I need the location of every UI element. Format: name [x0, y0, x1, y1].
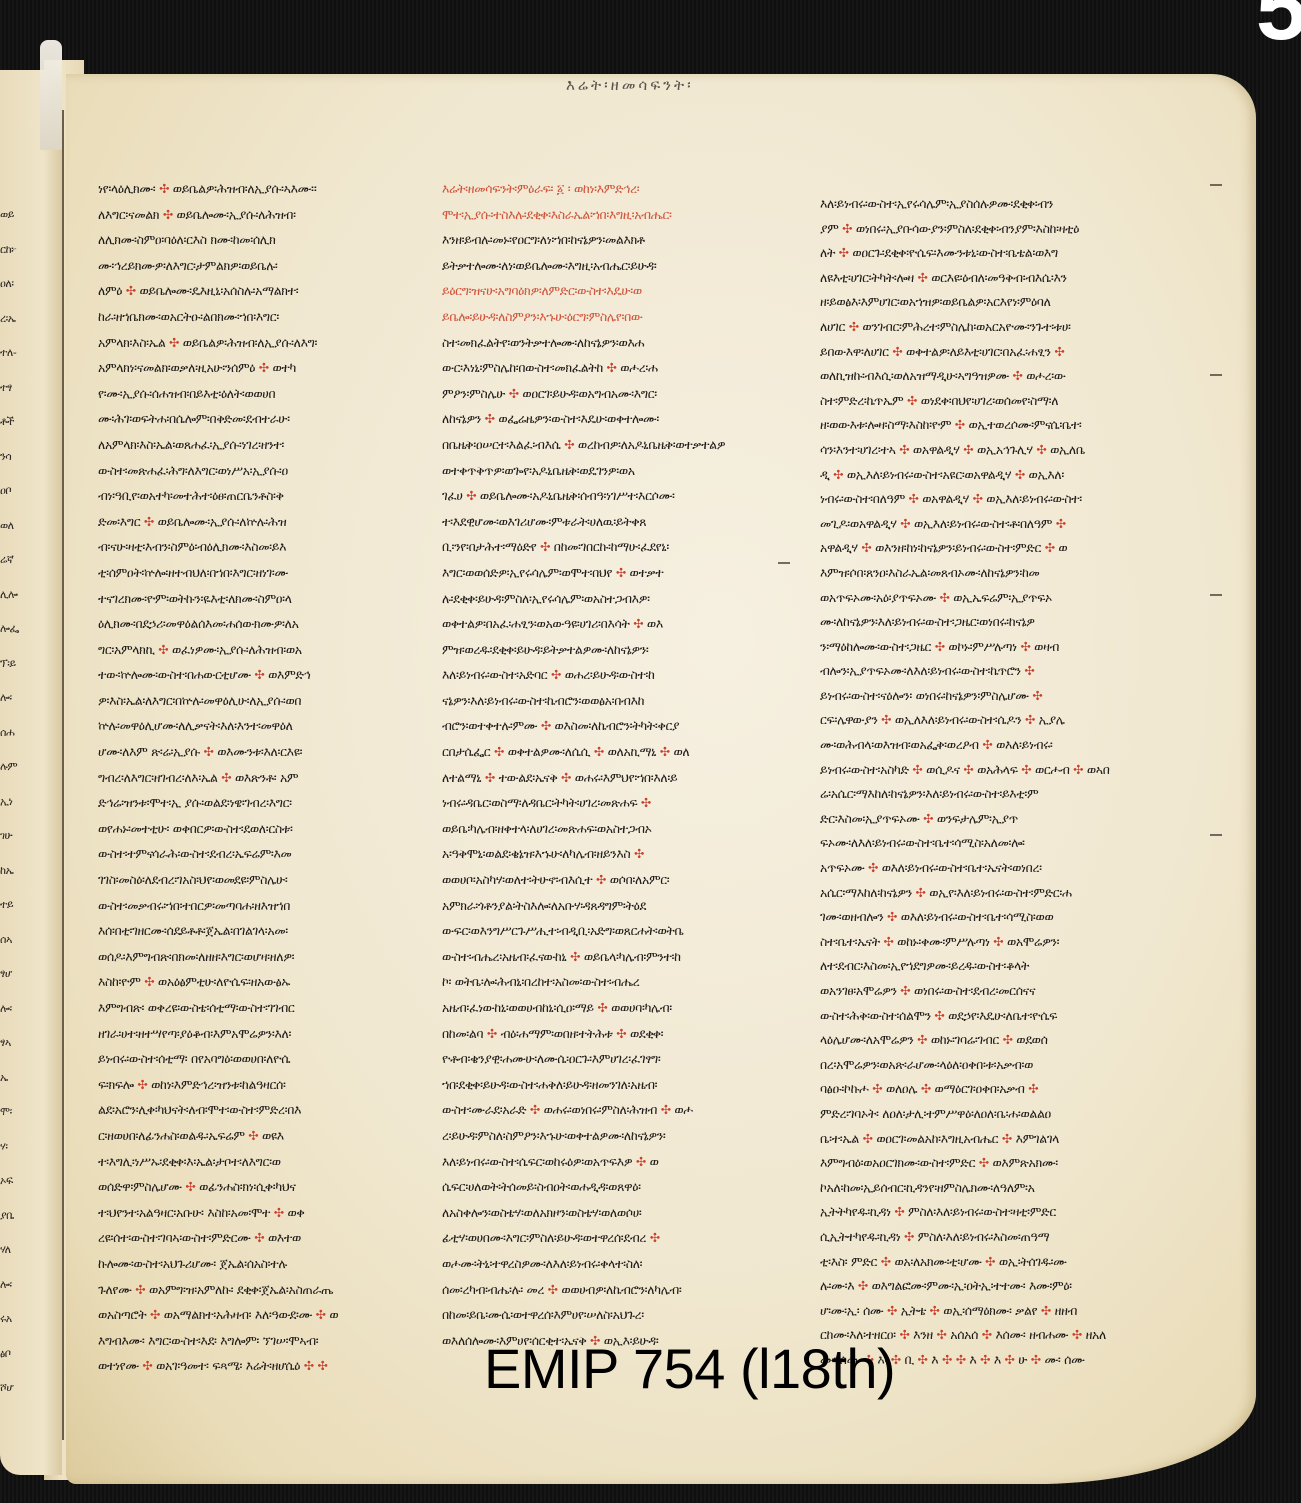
section-marker: ✣ [1025, 712, 1035, 727]
previous-page-text-fragment: ተለ- [0, 346, 16, 360]
section-marker: ✣ [907, 393, 917, 408]
section-marker: ✣ [982, 1327, 992, 1342]
manuscript-line: ገገስ፡መስዕ፡ለደብረ፡ገአስ፡ህየ፡ወመደዩ፡ምስሌሁ፡ [98, 867, 428, 893]
manuscript-line: እግር፡ወወሰድዎ፡ኢየሩሳሌም፡ወሞተ፡በህየ ✣ ወተቃተ [442, 560, 782, 586]
manuscript-line: ዘ፡ወውእቱ፡ሎዛ፡ስማ፡እስከ፡ዮም ✣ ወኢተወረሶሙ፡ምናሴ፡ቤተ፡ [820, 413, 1160, 438]
previous-page-text-fragment: ሾሆ [0, 1381, 13, 1395]
manuscript-line: ይትቃተሎሙ፡ለነ፡ወይቤሎሙ፡እግዚ፡አብሔር፡ይሁዳ፡ [442, 253, 782, 279]
manuscript-line: ወተነየሙ ✣ ወአገ፡ዓመተ፡ ፍጻሜ፡ እሬት፡ዘሆሴዕ ✣ ✣ [98, 1353, 428, 1379]
margin-mark [1210, 594, 1222, 596]
section-marker: ✣ [887, 909, 897, 924]
manuscript-line: ለሀገር ✣ ወንገብር፡ምሕረተ፡ምስሌከ፡ወአርአዮሙ፡ንጉተ፡ቱሀ፡ [820, 315, 1160, 340]
manuscript-line: ውስተ፡ሕቅ፡ውስተ፡ሰልሞን ✣ ወደኃየ፡እዴሁ፡ለቤተ፡ዮሴፍ [820, 1004, 1160, 1029]
manuscript-line: ፍኦሙ፡ለእለ፡ይነብሩ፡ውስተ፡ቤተ፡ሳሚስ፡አለመ፡ሎ፡ [820, 831, 1160, 856]
previous-page-text-fragment: ገሁ [0, 829, 12, 843]
manuscript-line: ውፍር፡ወእንግሥርጉሥሒተ፡ብዲቢ፡አድግ፡ወጸርሐት፡ወትቤ [442, 918, 782, 944]
section-marker: ✣ [650, 1230, 660, 1245]
manuscript-line: ዘገራ፡ሀተ፡ዘተሣየጣ፡ያዕቆብ፡እምአሞሬዎን፡እለ፡ [98, 1021, 428, 1047]
section-marker: ✣ [979, 1155, 989, 1170]
manuscript-line: ወሰዶ፡እምግብጽ፡በክመ፡ለዘዘ፡እግር፡ወሆዛ፡ዘለዎ፡ [98, 944, 428, 970]
section-marker: ✣ [185, 1179, 195, 1194]
text-column-3: እለ፡ይነብሩ፡ውስተ፡ኢየሩሳሌም፡ኢያስሰሉዎሙ፡ደቂቀ፡ብንያም ✣ ወነ… [820, 192, 1160, 1373]
manuscript-line: ወአንገፀ፡አሞሬዎን ✣ ወነበሩ፡ውስተ፡ደብረ፡መርሰናና [820, 979, 1160, 1004]
section-marker: ✣ [304, 1358, 314, 1373]
section-marker: ✣ [839, 245, 849, 260]
previous-page-text-fragment: ረ፡ኤ [0, 312, 16, 326]
manuscript-line: ቢ፡ንየ፡በታሕተ፡ማዕድየ ✣ በከመ፡ገበርኩ፡ከማሁ፡ፈደየኒ፡ [442, 534, 782, 560]
manuscript-line: ረዩ፡ሰተ፡ውስተ፡ገባኣ፡ውስተ፡ምድርሙ ✣ ወእተወ [98, 1225, 428, 1251]
previous-page-text-fragment: ርከ፦ [0, 243, 16, 257]
manuscript-line: ሳን፡እንተ፡ሀገረ፡ተኣ ✣ ወአዋልዲሃ ✣ ወኢአኅጉሊሃ ✣ ወኢለቤ [820, 438, 1160, 463]
manuscript-line: አ፡ዓቅሞኒ፡ወልደ፡ቄኔዝ፡እኁሁ፡ለካሌብ፡ዘይንእስ ✣ [442, 841, 782, 867]
section-marker: ✣ [485, 770, 495, 785]
manuscript-line: ለዩእቲ፡ሀገር፡ትካት፡ሎዛ ✣ ወርእዩ፡ዕብለ፡መዓቅብ፡ብእሴ፡እን [820, 266, 1160, 291]
manuscript-line: ለአስቀሎን፡ወስቴሃ፡ወለአክዞን፡ወስቴሃ፡ወለወሶሀ፡ [442, 1200, 782, 1226]
section-marker: ✣ [881, 712, 891, 727]
section-marker: ✣ [158, 642, 168, 657]
manuscript-line: ብሮን፡ወተቀተሉ፡ምሙ ✣ ወእስመ፡ለኬብሮን፡ትካት፡ቀርያ [442, 713, 782, 739]
section-marker: ✣ [908, 491, 918, 506]
manuscript-line: ወይቤ፡ካሌብ፡ዘቀተላ፡ለሀገረ፡መጽሐፍ፡ወአስተጋብኦ [442, 816, 782, 842]
manuscript-line: ሉ፡ሙ፡እ ✣ ወእግልፎሙ፡ምሙ፡ኢ፡ዐትኢ፡ተተሙ፡ እሙ፡ምዕ፡ [820, 1274, 1160, 1299]
manuscript-line: ሙ፡ሕገ፡ወፍትሐ፡በሴሎም፡በቅድመ፡ደብተራሁ፡ [98, 406, 428, 432]
manuscript-line: ለከናኔዎን ✣ ወፌሬዜዎን፡ውስተ፡እዴሁ፡ወቀተሎሙ፡ [442, 406, 782, 432]
previous-page-text-fragment: ሃ፡ [0, 1140, 8, 1154]
manuscript-line: ኮ፡ ወትቤ፡ሎ፡ሕብኒ፡በረከተ፡አስመ፡ውስተ፡ብሔረ [442, 969, 782, 995]
manuscript-line: ን፡ማዕከሎሙ፡ውስተ፡ጋዜር ✣ ወኮኑ፡ምሥሉጣነ ✣ ወዛብ [820, 635, 1160, 660]
section-marker: ✣ [150, 1307, 160, 1322]
section-marker: ✣ [540, 539, 550, 554]
section-marker: ✣ [887, 1303, 897, 1318]
section-marker: ✣ [634, 846, 644, 861]
section-marker: ✣ [1045, 540, 1055, 555]
manuscript-line: ድኅሬ፡ዝንቱ፡ሞተ፡ኢ ያሱ፡ወልደ፡ነዌ፡ገብረ፡እግር፡ [98, 790, 428, 816]
section-marker: ✣ [144, 974, 154, 989]
manuscript-line: ር፡ዘወሀበ፡ለፊንሐስ፡ወልዱ፡ኤፍሬም ✣ ወዩእ [98, 1123, 428, 1149]
section-marker: ✣ [509, 386, 519, 401]
section-marker: ✣ [274, 1205, 284, 1220]
section-marker: ✣ [930, 1303, 940, 1318]
manuscript-line: ይነብሩ፡ውስተ፡ሰቲማ፡ በየአባግዕ፡ወወሀበ፡ለዮሴ [98, 1046, 428, 1072]
manuscript-line: አምላክ፡እስ፡ኤል ✣ ወይቤልዎ፡ሕዝብ፡ለኢያሱ፡ለእግ፡ [98, 330, 428, 356]
previous-page-text-fragment: ሎፌ [0, 622, 19, 636]
manuscript-line: አዋልዲሃ ✣ ወእንዘ፡ከነ፡ከናኔዎን፡ይነብሩ፡ውስተ፡ምድር ✣ ወ [820, 536, 1160, 561]
manuscript-line: ሰመ፡ረካብ፡ብሔ፡ሉ፡ መረ ✣ ወወሀብዎ፡ለኬብሮን፡ለካሌብ፡ [442, 1277, 782, 1303]
manuscript-line: ወየሐኑ፡መተቲሁ፡ ወቀበርዎ፡ውስተ፡ደወለ፡ርስቱ፡ [98, 816, 428, 842]
section-marker: ✣ [917, 1032, 927, 1047]
manuscript-line: አሴር፡ማእከለ፡ከናኔዎን ✣ ወኢየ፡እለ፡ይነብሩ፡ውስተ፡ምድር፡ሐ [820, 881, 1160, 906]
manuscript-line: እንዘ፡ይብሉ፡መኑ፡የዐርግ፡ለነ፡ኀበ፡ከናኔዎን፡መልእክቶ [442, 227, 782, 253]
manuscript-line: ስተ፡ቤተ፡ኤናት ✣ ወከኑ፡ቀሙ፡ምሥሉጣነ ✣ ወአሞሬዎን፡ [820, 930, 1160, 955]
manuscript-line: ዎ፡እስ፡ኤል፡ለእግር፡በኵሉ፡መዋዕሊሁ፡ለኢያሱ፡ወበ [98, 688, 428, 714]
section-marker: ✣ [1032, 688, 1042, 703]
manuscript-line: ናኔዎን፡እለ፡ይነብሩ፡ውስተ፡ኬብሮን፡ወወፅአ፡በብእከ [442, 688, 782, 714]
section-marker: ✣ [259, 360, 269, 375]
section-marker: ✣ [204, 744, 214, 759]
section-marker: ✣ [541, 718, 551, 733]
section-marker: ✣ [221, 770, 231, 785]
section-marker: ✣ [254, 667, 264, 682]
section-marker: ✣ [900, 983, 910, 998]
section-marker: ✣ [955, 417, 965, 432]
section-marker: ✣ [126, 283, 136, 298]
section-marker: ✣ [842, 221, 852, 236]
section-marker: ✣ [940, 590, 950, 605]
section-marker: ✣ [317, 1358, 327, 1373]
manuscript-line: ከራ፡ዘኀቤክሙ፡ወአርትዑ፡ልበክሙ፡ኀበ፡እግር፡ [98, 304, 428, 330]
section-marker: ✣ [163, 207, 173, 222]
section-marker: ✣ [594, 744, 604, 759]
manuscript-line: ፊቲሃ፡ወሀበሙ፡እግር፡ምስለ፡ይሁዳ፡ወተዋረሰ፡ደብረ ✣ [442, 1225, 782, 1251]
previous-page-text-fragment: ቶች [0, 415, 14, 429]
previous-page-text-fragment: ሰኣ [0, 933, 12, 947]
manuscript-line: ልደ፡አሮን፡ሊቀ፡ካህናት፡ለብ፡ሞተ፡ውስተ፡ምድረ፡በእ [98, 1097, 428, 1123]
manuscript-line: ተ፡እደዊሆሙ፡ወእገሪሆሙ፡ምቱራት፡ሀለዉ፡ይትቀጸ [442, 509, 782, 535]
manuscript-line: ቤ፡ተ፡ኤል ✣ ወዐርገ፡መልአከ፡እግዚአብሔር ✣ እምገልገላ [820, 1127, 1160, 1152]
manuscript-line: በከመ፡ይቤ፡ሙሴ፡ወተዋረሰ፡እምሀየ፡ሠለስ፡አህጉረ፡ [442, 1302, 782, 1328]
previous-page-text-fragment: ሎ፡ [0, 1002, 12, 1016]
running-head: እሬት፡ዘመሳፍንት፡ [566, 76, 694, 94]
manuscript-line: ሉ፡ደቂቀ፡ይሁዳ፡ምስለ፡ኢየሩሳሌም፡ወአስተጋብእዎ፡ [442, 586, 782, 612]
section-marker: ✣ [1024, 663, 1034, 678]
section-marker: ✣ [1056, 516, 1066, 531]
section-marker: ✣ [963, 762, 973, 777]
manuscript-line: ለት ✣ ወዐርጉ፡ደቂቀ፡ዮሴፍ፡እሙንቱኒ፡ውስተ፡ቤቴል፡ወእግ [820, 241, 1160, 266]
manuscript-line: ውስተ፡መጽሐፈ፡ሕግ፡ለእግር፡ወነሥአ፡ኢያሱ፡ዐ [98, 458, 428, 484]
manuscript-line: ሙ፡ለከናኔዎን፡እለ፡ይነብሩ፡ውስተ፡ጋዜር፡ወነበሩ፡ከናኔዎ [820, 610, 1160, 635]
manuscript-line: ሴፍር፡ሀለወት፡ትሰመይ፡ስብዐት፡ወሐዲዳ፡ወጸዋዕ፡ [442, 1174, 782, 1200]
manuscript-line: ለእግር፡ናመልክ ✣ ወይቤሎሙ፡ኢያሱ፡ለሕዝብ፡ [98, 202, 428, 228]
section-marker: ✣ [1012, 368, 1022, 383]
section-marker: ✣ [142, 1358, 152, 1373]
section-marker: ✣ [980, 1352, 990, 1367]
section-marker: ✣ [883, 934, 893, 949]
manuscript-line: ውስተ፡ተምናሳራሕ፡ውስተ፡ደብረ፡ኤፍሬም፡እመ [98, 841, 428, 867]
previous-page-text-fragment: ተይ [0, 898, 13, 912]
margin-mark [1210, 184, 1222, 186]
section-marker: ✣ [661, 1102, 671, 1117]
previous-page-text-fragment: ሞ፡ [0, 1105, 12, 1119]
section-marker: ✣ [1031, 1352, 1041, 1367]
section-marker: ✣ [494, 744, 504, 759]
previous-page-text-fragment: ሉም [0, 760, 17, 774]
section-marker: ✣ [861, 540, 871, 555]
plate-number: 5 [1256, 0, 1301, 54]
section-marker: ✣ [1073, 762, 1083, 777]
section-marker: ✣ [316, 1307, 326, 1322]
section-marker: ✣ [466, 488, 476, 503]
manuscript-line: እስከ፡ዮም ✣ ወአዕፅምቲሁ፡ለዮሴፍ፡ዘአውፅኡ [98, 969, 428, 995]
manuscript-line: ርፍ፡ሌዋውያን ✣ ወኢለእለ፡ይነብሩ፡ውስተ፡ሴዶን ✣ ኢያሌ [820, 708, 1160, 733]
manuscript-line: ተ፡ህየንተ፡አልዓዛር፡አቡሁ፡ እስከ፡አመ፡ሞተ ✣ ወቀ [98, 1200, 428, 1226]
section-marker: ✣ [616, 565, 626, 580]
manuscript-line: ለአምላክ፡እስ፡ኤል፡ወጸሐፈ፡ኢያሱ፡ነገረ፡ዘንተ፡ [98, 432, 428, 458]
manuscript-caption: EMIP 754 (l18th) [484, 1336, 895, 1401]
manuscript-line: ኢትትካየዱ፡ኪዳነ ✣ ምስለ፡እለ፡ይነብሩ፡ውስተ፡ዛቲ፡ምድር [820, 1200, 1160, 1225]
section-marker: ✣ [993, 934, 1003, 949]
section-marker: ✣ [858, 1278, 868, 1293]
manuscript-line: ወተቀጥቅጥዎ፡ወጐየ፡አዶኒቤዜቅ፡ወዴገንዎ፡ወአ [442, 458, 782, 484]
manuscript-line: ዮቶብ፡ቄንያዊ፡ሐሙሁ፡ለሙሴ፡ዐርጉ፡እምሀገረ፡ፈገፃግ፡ [442, 1046, 782, 1072]
manuscript-line: እለ፡ይነብሩ፡ውስተ፡አድባር ✣ ወሐረ፡ይሁዳ፡ውስተ፡ከ [442, 662, 782, 688]
section-marker: ✣ [894, 1204, 904, 1219]
manuscript-line: በከመ፡ልባ ✣ ብዕ፡ሐማም፡ወበዘ፡ተትሕቱ ✣ ወደቂቀ፡ [442, 1021, 782, 1047]
manuscript-line: ለምዕ ✣ ወይቤሎሙ፡ዴእዚኒ፡አሰስሉ፡አማልክተ፡ [98, 278, 428, 304]
section-marker: ✣ [973, 491, 983, 506]
manuscript-line: መጊዶ፡ወአዋልዲሃ ✣ ወኢእለ፡ይነብሩ፡ውስተ፡ቶ፡በለዓም ✣ [820, 512, 1160, 537]
manuscript-line: አምክራ፡ጎቶንያል፡ትስእሎ፡ለአቡሃ፡ዳጸዳግም፡ትዕደ [442, 893, 782, 919]
manuscript-line: ነብሩ፡ዳቤር፡ወስማ፡ለዳቤር፡ትካት፡ሀገረ፡መጽሐፍ ✣ [442, 790, 782, 816]
manuscript-line: ውስተ፡መቃብሩ፡ኀበ፡ተበርዎ፡መጣባሐ፡ዘእዝኀበ [98, 893, 428, 919]
section-marker: ✣ [633, 616, 643, 631]
manuscript-line: ሬ፡አሴር፡ማእከለ፡ከናኔዎን፡እለ፡ይነብሩ፡ውስተ፡ይእቲ፡ም [820, 782, 1160, 807]
previous-page-text-fragment: ሃለ [0, 1243, 11, 1257]
manuscript-line: ይነብሩ፡ውስተ፡ናዕሎን፡ ወነበሩ፡ከናኔዎን፡ምስሌሆሙ ✣ [820, 684, 1160, 709]
manuscript-line: ሙ፡ወሕብላ፡ወእዝብ፡ወአፌቅ፡ወረዖብ ✣ ወእለ፡ይነብሩ፡ [820, 733, 1160, 758]
manuscript-line: አጥፍኦሙ ✣ ወእለ፡ይነብሩ፡ውስተ፡ቤተ፡ኤናት፡ወነበረ፡ [820, 856, 1160, 881]
previous-page-text-fragment: ፃሆ [0, 967, 12, 981]
section-marker: ✣ [1028, 1081, 1038, 1096]
manuscript-line: ይበውእዋ፡ለሀገር ✣ ወቀተልዎ፡ለይእቲ፡ሀገር፡በአፈ፡ሐፂን ✣ [820, 340, 1160, 365]
text-column-2: እሬት፡ዘመሳፍንት፡ምዕራፍ፡ ፩ ፡ ወከነ፡እምድኅረ፡ሞተ፡ኢያሱ፡ተስ… [442, 176, 782, 1353]
section-marker: ✣ [921, 1081, 931, 1096]
manuscript-line: ወሖሙ፡ትኒ፡ተዋረስዎሙ፡ለእለ፡ይነብሩ፡ቀላተ፡ስለ፡ [442, 1251, 782, 1277]
manuscript-line: ነየ፡ላዕሊክሙ፡ ✣ ወይቤልዎ፡ሕዝብ፡ለኢያሱ፡ኣእሙ። [98, 176, 428, 202]
manuscript-line: አምላክነ፡ናመልክ፡ወቃለ፡ዚአሁ፡ንሰምዕ ✣ ወተካ [98, 355, 428, 381]
manuscript-line: ድመ፡እግር ✣ ወይቤሎሙ፡ኢያሱ፡ለኵሉ፡ሕዝ [98, 509, 428, 535]
previous-page-text-fragment: ኢነ [0, 795, 12, 809]
section-marker: ✣ [899, 1327, 909, 1342]
manuscript-line: ውር፡እነኒ፡ምስሌከ፡በውስተ፡መክፈልትከ ✣ ወሖረ፡ሐ [442, 355, 782, 381]
manuscript-line: ምዝ፡ወረዱ፡ደቂቀ፡ይሁዳ፡ይትቃተልዎሙ፡ለከናኔዎን፡ [442, 637, 782, 663]
manuscript-line: ሆ፡ሙ፡ኢ፡ ሰሙ ✣ ኢትቴ ✣ ወኢ፡ሰማዕክሙ፡ ቃልየ ✣ ዘዘብ [820, 1299, 1160, 1324]
manuscript-line: ላዕሌሆሙ፡ለአሞሬዎን ✣ ወከኑ፡ገባሬ፡ገብር ✣ ወደወሰ [820, 1028, 1160, 1053]
manuscript-line: እግብእሙ፡ እግር፡ውስተ፡እደ፡ እግሎም፡ ኘገሠ፡ሞኣብ፡ [98, 1328, 428, 1354]
manuscript-line: ገሙ፡ወዘብሎን ✣ ወእለ፡ይነብሩ፡ውስተ፡ቤተ፡ሳሚስ፡ወወ [820, 905, 1160, 930]
manuscript-line: ሆሙ፡ለእም ጽ፡ሬ፡ኢያሱ ✣ ወእሙንቱ፡እለ፡ርእዩ፡ [98, 739, 428, 765]
section-marker: ✣ [849, 319, 859, 334]
section-marker: ✣ [863, 1131, 873, 1146]
manuscript-line: ተ፡እግሊ፡ነሥኡ፡ደቂቀ፡እ፡ኤል፡ታቦተ፡ለእግር፡ወ [98, 1149, 428, 1175]
manuscript-line: ብሎን፡ኢያጥፍኦሙ፡ለእለ፡ይነብሩ፡ውስተ፡ኬጥሮን ✣ [820, 659, 1160, 684]
section-marker: ✣ [660, 744, 670, 759]
section-marker: ✣ [1072, 1327, 1082, 1342]
manuscript-line: እምግብጽ፡ ወቀረዩ፡ውስቴ፡ሰቲማ፡ውስተ፡ገገብር [98, 995, 428, 1021]
margin-mark [1210, 834, 1222, 836]
section-marker: ✣ [912, 762, 922, 777]
section-marker: ✣ [607, 360, 617, 375]
section-marker: ✣ [616, 1026, 626, 1041]
manuscript-line: ሙ፡ኅረይክሙዎ፡ለእግር፡ታምልክዎ፡ወይቤሉ፡ [98, 253, 428, 279]
section-marker: ✣ [570, 949, 580, 964]
manuscript-line: ተው፡ኵሎሙ፡ውስተ፡በሐውርቲሆሙ ✣ ወእምድኅ [98, 662, 428, 688]
text-column-1: ነየ፡ላዕሊክሙ፡ ✣ ወይቤልዎ፡ሕዝብ፡ለኢያሱ፡ኣእሙ።ለእግር፡ናመልክ… [98, 176, 428, 1379]
section-marker: ✣ [1020, 639, 1030, 654]
section-marker: ✣ [881, 1254, 891, 1269]
manuscript-line: ነብሩ፡ውስተ፡በለዓም ✣ ወአዋልዲሃ ✣ ወኢእለ፡ይነብሩ፡ውስተ፡ [820, 487, 1160, 512]
manuscript-line: ወለኪዝኩ፡ብእሲ፡ወለአዝማዲሁ፡ኣግዓዝዎሙ ✣ ወሖረ፡ው [820, 364, 1160, 389]
manuscript-line: እምዝ፡ሶበ፡ጸንዐ፡እስራኤል፡መጸብኦሙ፡ለከናኔዎን፡ከመ [820, 561, 1160, 586]
section-marker: ✣ [923, 811, 933, 826]
section-marker: ✣ [1021, 762, 1031, 777]
section-marker: ✣ [833, 467, 843, 482]
manuscript-line: ስተ፡መክፈልትየ፡ወንትቃተሎሙ፡ለከናኔዎን፡ወእሐ [442, 330, 782, 356]
section-marker: ✣ [135, 1282, 145, 1297]
manuscript-line: ውስተ፡ሙራደ፡አራድ ✣ ወሐሩ፡ወነበሩ፡ምስለ፡ሕዝብ ✣ ወሖ [442, 1097, 782, 1123]
manuscript-line: ዕሊክሙ፡በደኃሪ፡መዋዕልሰእመ፡ሐሰውክሙዎ፡ለአ [98, 611, 428, 637]
manuscript-line: ብነ፡ዓቢየ፡ወአተካ፡መተሕተ፡ዕፀ፡ጠርቤንቶስ፡ቅ [98, 483, 428, 509]
previous-page-text-fragment: ፕ፡ይ [0, 657, 16, 671]
section-marker: ✣ [937, 1327, 947, 1342]
manuscript-line: ሲኢትተካየዱ፡ኪዳነ ✣ ምስለ፡እለ፡ይነብሩ፡እስመ፡ጠዓማ [820, 1225, 1160, 1250]
previous-page-text-fragment: ሎ፡ [0, 691, 12, 705]
section-marker: ✣ [899, 442, 909, 457]
manuscript-line: ይነብሩ፡ውስተ፡አስካድ ✣ ወሲዶና ✣ ወአሕላፍ ✣ ወርሖብ ✣ ወኣ… [820, 758, 1160, 783]
manuscript-line: ባፅዑ፡ኮኩሖ ✣ ወለዐሌ ✣ ወማዕርገ፡ዐቀበ፡አቃብ ✣ [820, 1077, 1160, 1102]
previous-page-text-fragment: ወይ [0, 208, 14, 222]
manuscript-line: ፍ፡ክፍሎ ✣ ወከነ፡እምድኅረ፡ዝንቱ፡ከልዓዛርሰ፡ [98, 1072, 428, 1098]
previous-page-text-fragment: ኦፍ [0, 1174, 13, 1188]
previous-page-text-fragment: ኤ [0, 1071, 8, 1085]
manuscript-line: ቲ፡እስ፡ ምድር ✣ ወአ፡ለአክሙ፡ቲ፡ሆሙ ✣ ወኢ፡ትሰገዱ፡ሙ [820, 1250, 1160, 1275]
manuscript-line: እለ፡ይነብሩ፡ውስተ፡ኢየሩሳሌም፡ኢያስሰሉዎሙ፡ደቂቀ፡ብን [820, 192, 1160, 217]
manuscript-line: በረ፡አሞሬዎን፡ወአጽ፡ራሆሙ፡ላዕለ፡ዐቀበ፡ቱ፡አቃብ፡ወ [820, 1053, 1160, 1078]
section-marker: ✣ [1002, 1131, 1012, 1146]
previous-page-text-fragment: ንሳ [0, 450, 11, 464]
section-marker: ✣ [963, 442, 973, 457]
previous-page-text-fragment: ወለ [0, 519, 14, 533]
previous-page-text-fragment: ሩአ [0, 1312, 12, 1326]
section-marker: ✣ [597, 1000, 607, 1015]
previous-page-edge: ወይርከ፦ዐለ፡ረ፡ኤተለ-ተፃቶችንሳዐቦወለሬኛሊሎሎፌፕ፡ይሎ፡ሰሐሉምኢ… [0, 70, 62, 1475]
manuscript-line: ዲ ✣ ወኢእለ፡ይነብሩ፡ውስተ፡አዩር፡ወአዋልዲሃ ✣ ወኢእለ፡ [820, 463, 1160, 488]
section-marker: ✣ [137, 1077, 147, 1092]
manuscript-line: ወወሀቦ፡አስካሃ፡ወለተ፡ትሁኖ፡ብእሲተ ✣ ወሶበ፡ለአምር፡ [442, 867, 782, 893]
manuscript-line: ምዖን፡ምስሌሁ ✣ ወዐርገ፡ይሁዳ፡ወአግብአሙ፡እግር፡ [442, 381, 782, 407]
previous-page-text-fragment: ሎ፡ [0, 1278, 12, 1292]
section-marker: ✣ [636, 1154, 646, 1169]
manuscript-line: ይዕርግ፡ዝናሁ፡አግባዕክዎ፡ለምድር፡ውስተ፡እዴሁ፡ወ [442, 278, 782, 304]
manuscript-line: የ፡ሙ፡ኢያሱ፡ሰሐዝብ፡በይእቲ፡ዕለት፡ወወሀበ [98, 381, 428, 407]
manuscript-line: እሰ፡በቲ፡ገዘርሙ፡ሰደይቶቶ፡ጀኤል፡በገልገላ፡አመ፡ [98, 918, 428, 944]
section-marker: ✣ [904, 1229, 914, 1244]
manuscript-line: ወሰድዋ፡ምስሌሆሙ ✣ ወፊንሐስ፡ክነ፡ሲቀ፡ካህና [98, 1174, 428, 1200]
manuscript-line: ድር፡እስመ፡ኢያጥፍኦሙ ✣ ወንፍታሌም፡ኢያጥ [820, 807, 1160, 832]
manuscript-line: ብ፡ናሁ፡ዛቲ፡እብን፡ስምዕ፡ብዕሊክሙ፡እስመ፡ይእ [98, 534, 428, 560]
section-marker: ✣ [934, 1008, 944, 1023]
section-marker: ✣ [551, 667, 561, 682]
section-marker: ✣ [918, 1352, 928, 1367]
manuscript-page: እሬት፡ዘመሳፍንት፡ ነየ፡ላዕሊክሙ፡ ✣ ወይቤልዎ፡ሕዝብ፡ለኢያሱ፡ኣ… [66, 74, 1256, 1484]
section-marker: ✣ [1054, 344, 1064, 359]
section-marker: ✣ [248, 1128, 258, 1143]
manuscript-line: ስተ፡ምድረ፡ኬጥኤም ✣ ወነደቀ፡በህየ፡ሀገረ፡ወሰመየ፡ስማ፡ለ [820, 389, 1160, 414]
manuscript-line: ውስተ፡ብሔረ፡አዜብ፡ፈናውከኒ ✣ ወይቤላ፡ካሌብ፡ምንተ፡ከ [442, 944, 782, 970]
manuscript-line: ይቤሎ፡ይሁዳ፡ለስምዖን፡እኁሁ፡ዕርግ፡ምስሌየ፡በው [442, 304, 782, 330]
page-fold [62, 110, 64, 1440]
section-marker: ✣ [900, 516, 910, 531]
section-marker: ✣ [916, 885, 926, 900]
previous-page-text-fragment: ዐቦ [0, 484, 11, 498]
section-marker: ✣ [985, 1254, 995, 1269]
manuscript-line: ሞተ፡ኢያሱ፡ተስእሉ፡ደቂቀ፡እስራኤል፡ኀበ፡እግዚ፡አብሔር፡ [442, 202, 782, 228]
section-marker: ✣ [1003, 1032, 1013, 1047]
previous-page-text-fragment: ሬኛ [0, 553, 13, 567]
manuscript-line: ለተ፡ደብር፡እስመ፡ኢየኀደግዎሙ፡ይረዱ፡ውስተ፡ቆላት [820, 954, 1160, 979]
manuscript-line: ወአጥፍኦሙ፡አዕ፡ያጥፍኦሙ ✣ ወኢኤፍሬም፡ኢያጥፍኦ [820, 586, 1160, 611]
previous-page-text-fragment: ሊሎ [0, 588, 18, 602]
section-marker: ✣ [169, 335, 179, 350]
section-marker: ✣ [918, 270, 928, 285]
manuscript-line: በቤዜቅ፡ዐሠርተ፡እልፈ፡ብእሴ ✣ ወረከብዎ፡ለአዶኒቤዜቅ፡ወተቃተልዎ [442, 432, 782, 458]
binding-thread [40, 40, 62, 150]
previous-page-text-fragment: ከኤ [0, 864, 13, 878]
margin-mark [1210, 374, 1222, 376]
manuscript-line: ግር፡አምላክኪ ✣ ወፈነዎሙ፡ኢያሱ፡ለሕዝብ፡ወአ [98, 637, 428, 663]
manuscript-line: ኵሉ፡መዋዕሊሆሙ፡ለሊቃናት፡እለ፡እንተ፡መዋዕለ [98, 713, 428, 739]
manuscript-line: ኩሎሙ፡ውስተ፡አህጉሪሆሙ፡ ጀኤል፡ሰአስ፡ተሉ [98, 1251, 428, 1277]
manuscript-line: ለተልማኒ ✣ ተውልደ፡ኤናቅ ✣ ወሐሩ፡እምህየ፡ኀበ፡እለ፡ይ [442, 765, 782, 791]
previous-page-text-fragment: ፅቦ [0, 1347, 11, 1361]
manuscript-line: ረ፡ይሁዳ፡ምስለ፡ስምዖን፡እኁሁ፡ወቀተልዎሙ፡ለከናኔዎን፡ [442, 1123, 782, 1149]
section-marker: ✣ [982, 737, 992, 752]
section-marker: ✣ [485, 411, 495, 426]
section-marker: ✣ [561, 770, 571, 785]
section-marker: ✣ [641, 795, 651, 810]
manuscript-line: ርበታሴፌር ✣ ወቀተልዎሙ፡ለሴሲ ✣ ወለአኪማኒ ✣ ወለ [442, 739, 782, 765]
manuscript-line: አዜብ፡ፈነውከኒ፡ወወሀብከኒ፡ሲዐ፡ማይ ✣ ወወሀባ፡ካሌብ፡ [442, 995, 782, 1021]
manuscript-line: ኀበ፡ደቂቀ፡ይሁዳ፡ውስተ፡ሐቅለ፡ይሁዳ፡ዘመንገለ፡አዜብ፡ [442, 1072, 782, 1098]
manuscript-line: ለሊክሙ፡ስምዐ፡ባዕለ፡ርእስ ክሙ፡ከመ፡ሰሊክ [98, 227, 428, 253]
manuscript-line: እለ፡ይነብሩ፡ውስተ፡ሴፍር፡ወከሩዕዎ፡ወአጥፍእዎ ✣ ወ [442, 1149, 782, 1175]
manuscript-line: ግብረ፡ለእግር፡ዘገብረ፡ለእ፡ኤል ✣ ወእጽንቶ፡ አም [98, 765, 428, 791]
manuscript-line: ቲ፡ሰምዐት፡ኵሎ፡ዘተብህለ፡በኀበ፡እግር፡ዘነገ፡ሙ [98, 560, 428, 586]
manuscript-line: ገፈሀ ✣ ወይቤሎሙ፡አዶኒቤዜቅ፡ሰብዓ፡ነገሥተ፡እርሶሙ፡ [442, 483, 782, 509]
previous-page-text-fragment: ያቤ [0, 1209, 14, 1223]
manuscript-line: ያም ✣ ወነበሩ፡ኢያቡሳውያን፡ምስለ፡ደቂቀ፡ብንያም፡እስከ፡ዛቲዕ [820, 217, 1160, 242]
section-marker: ✣ [892, 344, 902, 359]
section-marker: ✣ [254, 1230, 264, 1245]
manuscript-line: ዘ፡ይወፅእ፡እምሀገር፡ወአኀዝዎ፡ወይቤልዎ፡አርእየነ፡ምዕባለ [820, 290, 1160, 315]
manuscript-line: ወቀተልዎ፡በአፈ፡ሐፂን፡ወአውዓዩ፡ሀገሪ፡በእሳት ✣ ወእ [442, 611, 782, 637]
section-marker: ✣ [868, 860, 878, 875]
manuscript-line: እምግብዕ፡ወአዐርገክሙ፡ውስተ፡ምድር ✣ ወእምጽአክሙ፡ [820, 1151, 1160, 1176]
section-marker: ✣ [872, 1081, 882, 1096]
section-marker: ✣ [1005, 1352, 1015, 1367]
manuscript-line: ተናገረክሙ፡ዮም፡ወትኩን፡ዬእቲ፡ለክሙ፡ስምዐ፡ላ [98, 586, 428, 612]
manuscript-line: ኮአለ፡ከመ፡ኢይሰብር፡ኪዳንየ፡ዘምስሌክሙ፡ለዓለም፡አ [820, 1176, 1160, 1201]
section-marker: ✣ [159, 181, 169, 196]
manuscript-line: ወአስጣሮት ✣ ወአማልክተ፡አሕዛብ፡ እለ፡ዓውደ፡ሙ ✣ ወ [98, 1302, 428, 1328]
section-marker: ✣ [942, 1352, 952, 1367]
manuscript-line: ምድረ፡ገባኦት፡ ለዐለ፡ታሊ፡ተምሥዋዕ፡ለዐለ፡ቤ፡ሐ፡ወልልዐ [820, 1102, 1160, 1127]
section-marker: ✣ [956, 1352, 966, 1367]
manuscript-line: እሬት፡ዘመሳፍንት፡ምዕራፍ፡ ፩ ፡ ወከነ፡እምድኅረ፡ [442, 176, 782, 202]
section-marker: ✣ [1015, 467, 1025, 482]
section-marker: ✣ [935, 639, 945, 654]
section-marker: ✣ [487, 1026, 497, 1041]
section-marker: ✣ [530, 1102, 540, 1117]
section-marker: ✣ [596, 872, 606, 887]
previous-page-text-fragment: ተፃ [0, 381, 12, 395]
manuscript-line: ጉለየሙ ✣ ወአምግ፡ዝ፡አምለኩ፡ ደቂቀ፡ጀኤል፡አስጠራጤ [98, 1277, 428, 1303]
section-marker: ✣ [144, 514, 154, 529]
section-marker: ✣ [1036, 442, 1046, 457]
previous-page-text-fragment: ፃኣ [0, 1036, 11, 1050]
section-marker: ✣ [1041, 1303, 1051, 1318]
margin-mark [778, 562, 790, 564]
section-marker: ✣ [548, 1282, 558, 1297]
